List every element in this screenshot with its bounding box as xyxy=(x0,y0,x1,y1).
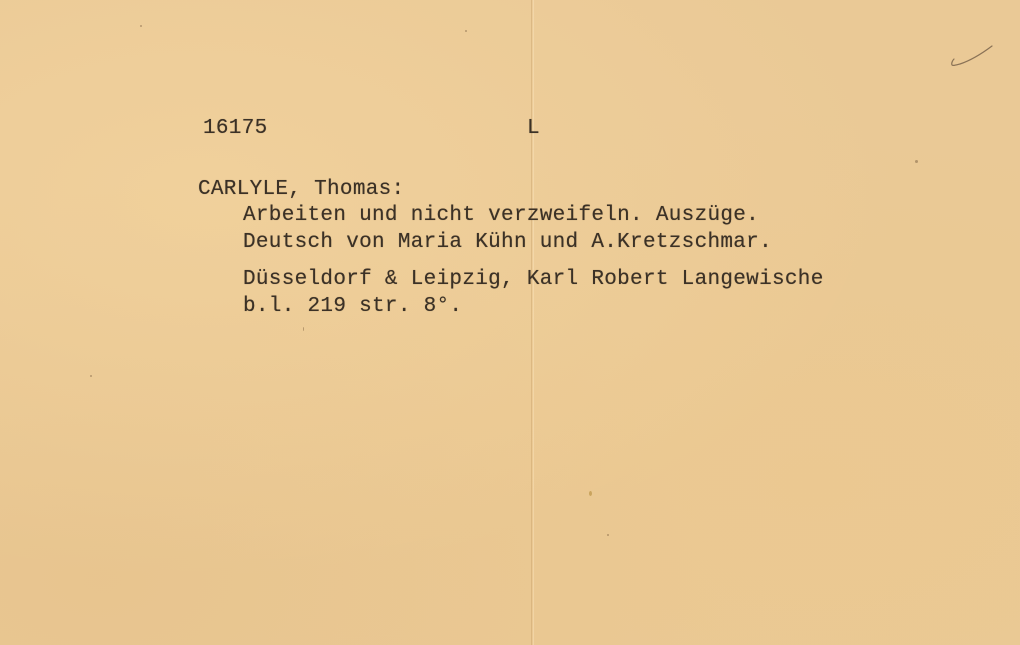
location-code: L xyxy=(527,118,540,139)
catalog-card: 16175 L CARLYLE, Thomas: Arbeiten und ni… xyxy=(0,0,1020,645)
collation-line: b.l. 219 str. 8°. xyxy=(243,296,462,317)
paper-speck xyxy=(607,534,609,536)
paper-speck xyxy=(915,160,918,163)
paper-speck xyxy=(140,25,142,27)
paper-speck xyxy=(589,491,592,496)
call-number: 16175 xyxy=(203,118,268,139)
paper-speck xyxy=(90,375,92,377)
paper-speck xyxy=(303,327,304,331)
translator-line: Deutsch von Maria Kühn und A.Kretzschmar… xyxy=(243,232,772,253)
imprint-line: Düsseldorf & Leipzig, Karl Robert Langew… xyxy=(243,269,824,290)
card-fold-line xyxy=(531,0,532,645)
author-heading: CARLYLE, Thomas: xyxy=(198,179,404,200)
pencil-check-mark-icon xyxy=(948,44,994,70)
title-line: Arbeiten und nicht verzweifeln. Auszüge. xyxy=(243,205,759,226)
paper-speck xyxy=(465,30,467,32)
card-fold-highlight xyxy=(533,0,534,645)
